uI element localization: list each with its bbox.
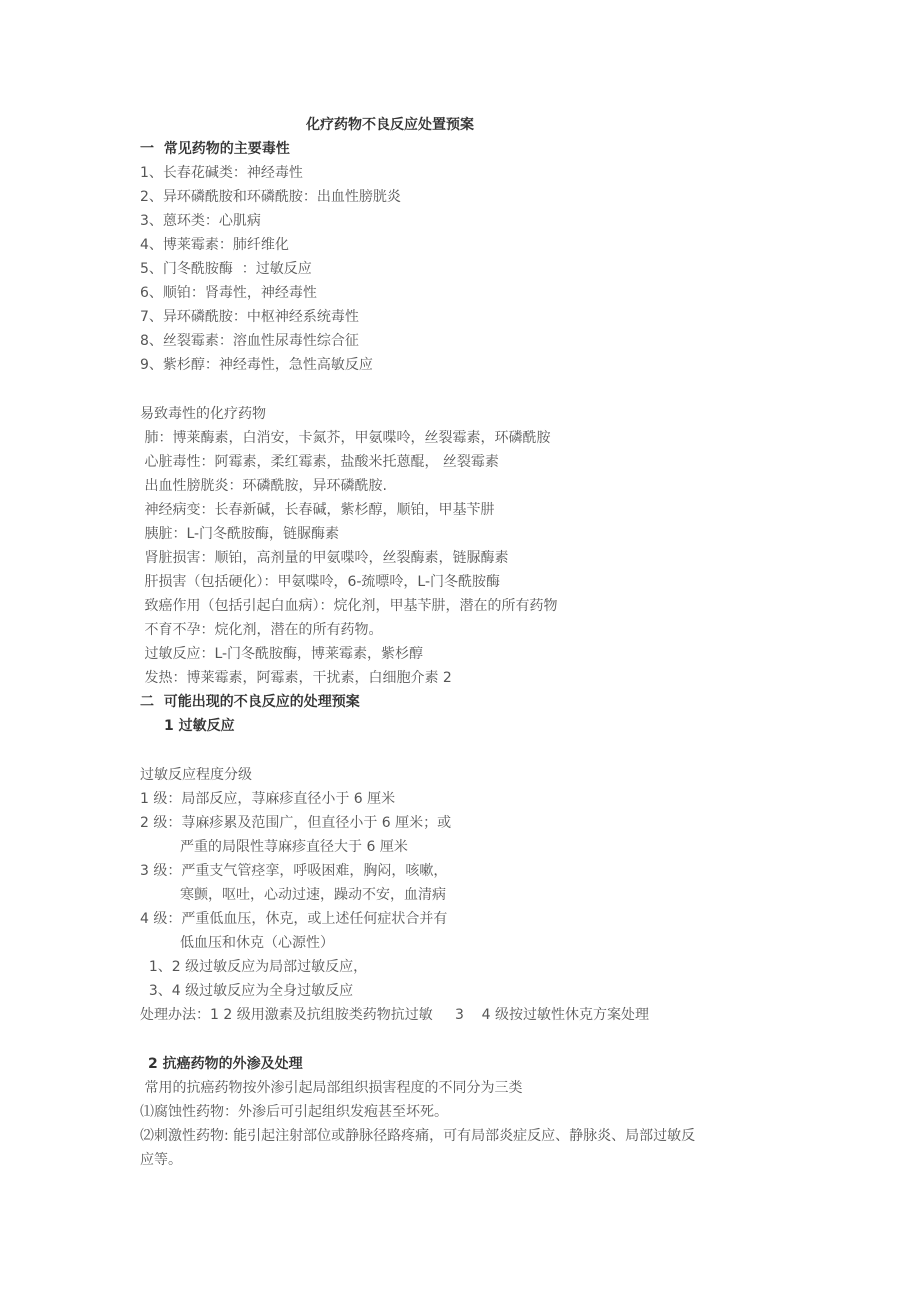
grading-line: 1、2 级过敏反应为局部过敏反应， (140, 958, 367, 976)
grading-line: 低血压和休克（心源性） (140, 934, 334, 952)
toxicity-item: 9、紫杉醇：神经毒性，急性高敏反应 (140, 356, 373, 374)
grading-line: 1 级：局部反应，荨麻疹直径小于 6 厘米 (140, 790, 395, 808)
section1-heading: 一 常见药物的主要毒性 (140, 140, 290, 158)
allergy-subheading: 1 过敏反应 (164, 717, 235, 735)
treatment-line: 处理办法：1 2 级用激素及抗组胺类药物抗过敏 3 4 级按过敏性休克方案处理 (140, 1006, 649, 1024)
extravasation-line: 常用的抗癌药物按外渗引起局部组织损害程度的不同分为三类 (140, 1079, 522, 1097)
document-page: 化疗药物不良反应处置预案 一 常见药物的主要毒性 1、长春花碱类：神经毒性 2、… (0, 0, 920, 1302)
document-title: 化疗药物不良反应处置预案 (306, 116, 474, 134)
extravasation-line: ⑴腐蚀性药物：外渗后可引起组织发疱甚至坏死。 (140, 1103, 448, 1121)
toxicity-item: 7、异环磷酰胺：中枢神经系统毒性 (140, 308, 359, 326)
toxic-drug-line: 过敏反应：L-门冬酰胺酶，博莱霉素，紫杉醇 (140, 645, 423, 663)
toxicity-item: 2、异环磷酰胺和环磷酰胺：出血性膀胱炎 (140, 188, 401, 206)
toxic-drug-line: 胰脏：L-门冬酰胺酶，链脲酶素 (140, 525, 339, 543)
extravasation-line: 应等。 (140, 1151, 182, 1169)
grading-heading: 过敏反应程度分级 (140, 766, 252, 784)
grading-line: 3、4 级过敏反应为全身过敏反应 (140, 982, 353, 1000)
toxic-drug-line: 致癌作用（包括引起白血病）：烷化剂，甲基苄肼，潜在的所有药物 (140, 597, 557, 615)
grading-line: 2 级：荨麻疹累及范围广，但直径小于 6 厘米；或 (140, 814, 451, 832)
grading-line: 寒颤，呕吐，心动过速，躁动不安，血清病 (140, 886, 446, 904)
section2-heading: 二 可能出现的不良反应的处理预案 (140, 693, 360, 711)
toxic-drug-line: 发热：博莱霉素，阿霉素，干扰素，白细胞介素 2 (140, 669, 452, 687)
toxic-drug-line: 不育不孕：烷化剂，潜在的所有药物。 (140, 621, 382, 639)
grading-line: 严重的局限性荨麻疹直径大于 6 厘米 (140, 838, 408, 856)
toxicity-item: 4、博莱霉素：肺纤维化 (140, 236, 289, 254)
toxic-drugs-heading: 易致毒性的化疗药物 (140, 405, 266, 423)
toxic-drug-line: 出血性膀胱炎：环磷酰胺，异环磷酰胺. (140, 477, 387, 495)
toxic-drug-line: 心脏毒性：阿霉素，柔红霉素，盐酸米托蒽醌， 丝裂霉素 (140, 453, 499, 471)
grading-line: 3 级：严重支气管痉挛，呼吸困难，胸闷，咳嗽， (140, 862, 447, 880)
toxic-drug-line: 肝损害（包括硬化）：甲氨喋呤，6-巯嘌呤，L-门冬酰胺酶 (140, 573, 500, 591)
toxic-drug-line: 神经病变：长春新碱，长春碱，紫杉醇，顺铂，甲基苄肼 (140, 501, 494, 519)
grading-line: 4 级：严重低血压，休克，或上述任何症状合并有 (140, 910, 447, 928)
toxic-drug-line: 肺：博莱酶素，白消安，卡氮芥，甲氨喋呤，丝裂霉素，环磷酰胺 (140, 429, 550, 447)
toxicity-item: 6、顺铂：肾毒性，神经毒性 (140, 284, 317, 302)
toxic-drug-line: 肾脏损害：顺铂，高剂量的甲氨喋呤，丝裂酶素，链脲酶素 (140, 549, 508, 567)
toxicity-item: 8、丝裂霉素：溶血性尿毒性综合征 (140, 332, 359, 350)
extravasation-subheading: 2 抗癌药物的外渗及处理 (148, 1055, 303, 1073)
toxicity-item: 5、门冬酰胺酶 ：过敏反应 (140, 260, 312, 278)
toxicity-item: 1、长春花碱类：神经毒性 (140, 164, 303, 182)
extravasation-line: ⑵刺激性药物: 能引起注射部位或静脉径路疼痛，可有局部炎症反应、静脉炎、局部过敏… (140, 1127, 695, 1145)
toxicity-item: 3、蒽环类：心肌病 (140, 212, 261, 230)
